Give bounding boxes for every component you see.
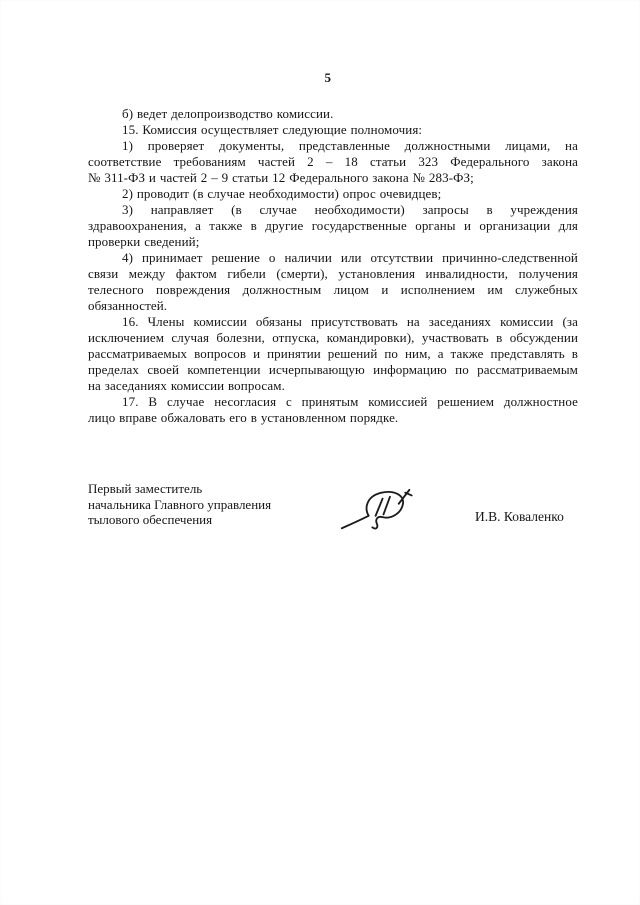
signature-block: Первый заместитель начальника Главного у…: [88, 481, 578, 528]
doc-line: 3) направляет (в случае необходимости) з…: [88, 202, 578, 218]
doc-line: рассматриваемых вопросов и принятии реше…: [88, 346, 578, 362]
doc-line: 1) проверяет документы, представленные д…: [88, 138, 578, 154]
doc-line: соответствие требованиям частей 2 – 18 с…: [88, 154, 578, 170]
doc-line: 2) проводит (в случае необходимости) опр…: [88, 186, 578, 202]
doc-line: проверки сведений;: [88, 234, 578, 250]
doc-line: здравоохранения, а также в другие госуда…: [88, 218, 578, 234]
doc-line: 4) принимает решение о наличии или отсут…: [88, 250, 578, 266]
doc-line: исключением случая болезни, отпуска, ком…: [88, 330, 578, 346]
doc-line: лицо вправе обжаловать его в установленн…: [88, 410, 578, 426]
doc-line: связи между фактом гибели (смерти), уста…: [88, 266, 578, 282]
document-text-body: б) ведет делопроизводство комиссии. 15. …: [88, 106, 578, 426]
signer-title-line: Первый заместитель: [88, 481, 578, 497]
doc-line: 17. В случае несогласия с принятым комис…: [88, 394, 578, 410]
doc-line: 16. Члены комиссии обязаны присутствоват…: [88, 314, 578, 330]
signer-name: И.В. Коваленко: [475, 509, 564, 525]
doc-line: обязанностей.: [88, 298, 578, 314]
doc-line: 15. Комиссия осуществляет следующие полн…: [88, 122, 578, 138]
handwritten-signature-icon: [340, 487, 414, 539]
page-number: 5: [88, 70, 568, 86]
scanned-document-page: 5 б) ведет делопроизводство комиссии. 15…: [0, 0, 640, 905]
doc-line: на заседаниях комиссии вопросам.: [88, 378, 578, 394]
doc-line: б) ведет делопроизводство комиссии.: [88, 106, 578, 122]
doc-line: телесного повреждения должностным лицом …: [88, 282, 578, 298]
doc-line: № 311-ФЗ и частей 2 – 9 статьи 12 Федера…: [88, 170, 578, 186]
doc-line: пределах своей компетенции исчерпывающую…: [88, 362, 578, 378]
